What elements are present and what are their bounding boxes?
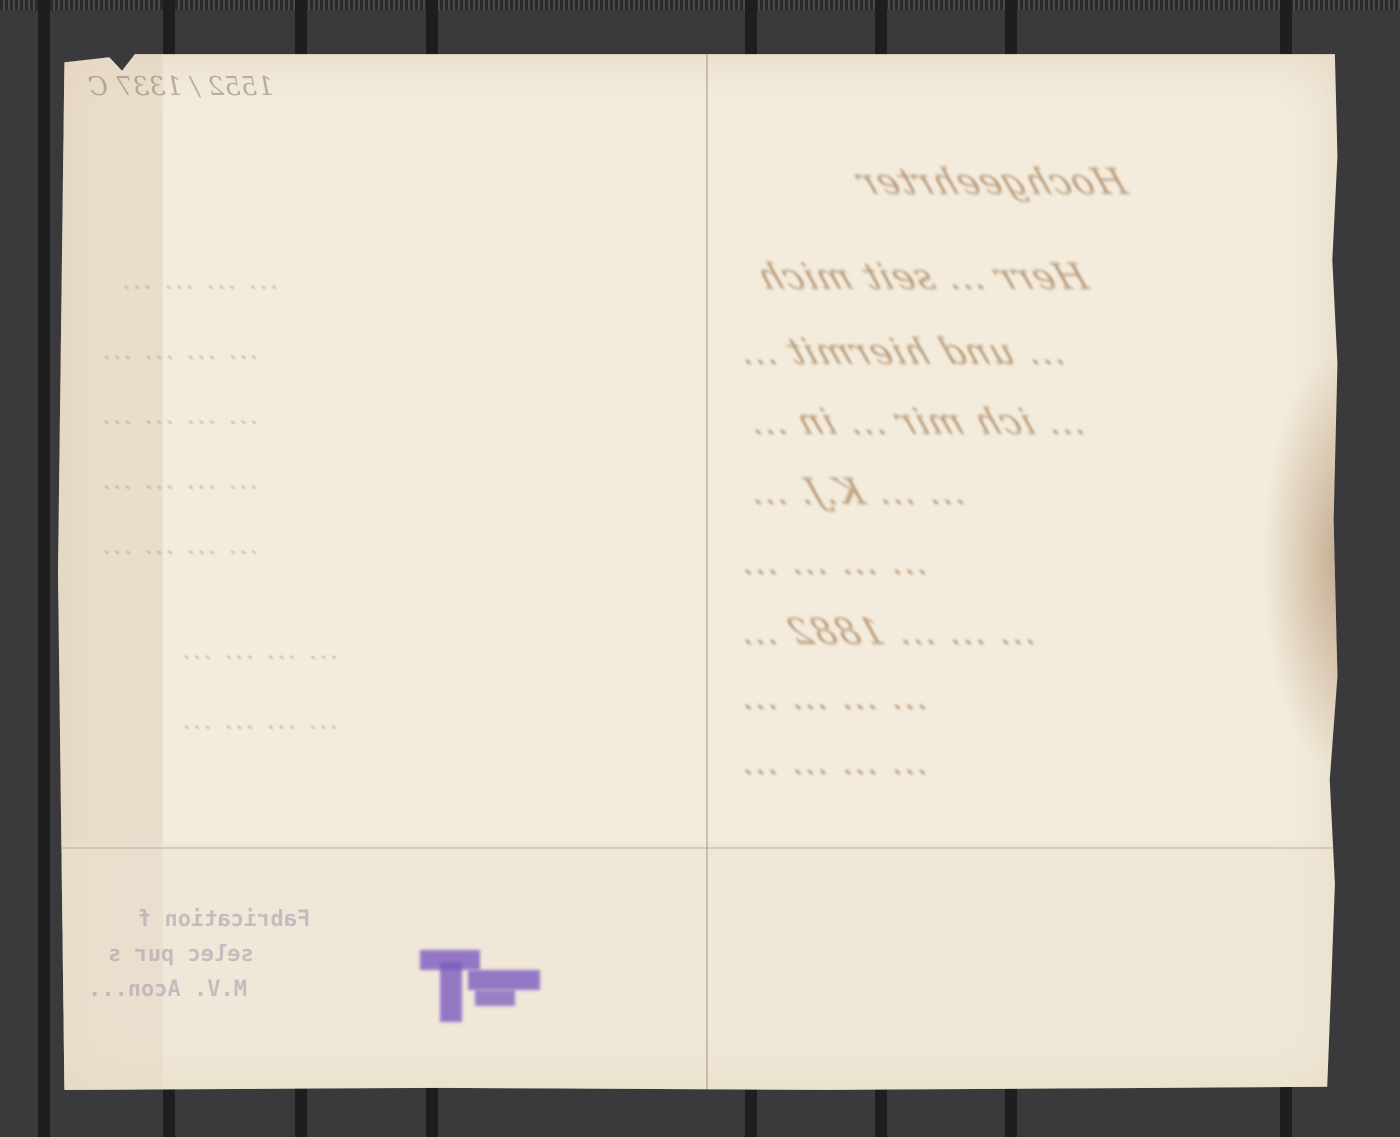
album-strip	[38, 0, 50, 1137]
handwriting-line: ... ... K.J. ...	[741, 472, 971, 513]
handwriting-line: ... ... ... 1882 ...	[731, 612, 1041, 653]
purple-ink-stamp	[420, 942, 545, 1027]
handwriting-line: ... ... ... ...	[92, 397, 263, 432]
handwriting-line: ... ... ... ...	[731, 742, 933, 783]
typed-letterhead-line: M.V. Acon...	[88, 977, 247, 1002]
vertical-fold	[706, 52, 708, 1092]
handwriting-line: ... ... ... ...	[172, 632, 343, 667]
horizontal-fold	[58, 847, 1340, 849]
handwriting-line: Hochgeehrter	[851, 162, 1133, 203]
handwriting-line: ... ... ... ...	[731, 677, 933, 718]
letter-sheet: 1552 / 1337 C Hochgeehrter Herr ... seit…	[58, 52, 1340, 1092]
handwriting-line: ... ... ... ...	[112, 262, 283, 297]
handwriting-line: ... ... ... ...	[92, 332, 263, 367]
corner-pencil-note: 1552 / 1337 C	[88, 72, 274, 102]
handwriting-line: Herr ... seit mich	[751, 257, 1094, 298]
handwriting-line: ... ... ... ...	[92, 462, 263, 497]
top-perforation-band	[0, 0, 1400, 10]
typed-letterhead-line: Fabrication f	[138, 907, 310, 932]
foxing-stain	[1260, 352, 1340, 772]
handwriting-line: ... ... ... ...	[731, 542, 933, 583]
hinge-tape-bottom	[58, 842, 1340, 1092]
typed-letterhead-line: selec pur s	[108, 942, 254, 967]
handwriting-line: ... ich mir ... in ...	[741, 402, 1091, 443]
handwriting-line: ... ... ... ...	[172, 702, 343, 737]
handwriting-line: ... ... ... ...	[92, 527, 263, 562]
handwriting-line: ... und hiermit ...	[731, 332, 1071, 373]
